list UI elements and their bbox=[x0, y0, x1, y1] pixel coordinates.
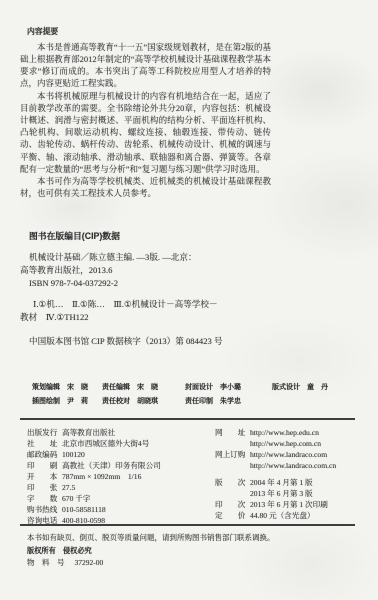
credit-item: 封面设计李小璐 bbox=[185, 381, 272, 395]
pub-row: 开 本787mm × 1092mm 1/16 bbox=[27, 471, 161, 482]
pub-row-label: 购书热线 bbox=[27, 504, 62, 515]
pub-row-value: http://www.hep.edu.cn bbox=[250, 428, 319, 437]
summary-paragraph-3: 本书可作为高等学校机械类、近机械类的机械设计基础课程教材，也可供有关工程技术人员… bbox=[20, 175, 271, 199]
pub-row: 网上订购http://www.landraco.com bbox=[215, 449, 336, 460]
pub-row-value: 44.80 元（含光盘） bbox=[250, 511, 315, 520]
pub-row-label: 印 次 bbox=[215, 499, 250, 510]
credit-role: 责任校对 bbox=[102, 398, 130, 405]
pub-row-value: 高教社（天津）印务有限公司 bbox=[62, 461, 161, 470]
credits-section: 策划编辑宋 晓 责任编辑宋 晓 封面设计李小璐 版式设计童 丹 插图绘制尹 莉 … bbox=[32, 381, 366, 408]
pub-row-value: 010-58581118 bbox=[62, 505, 106, 514]
cip-heading: 图书在版编目(CIP)数据 bbox=[20, 230, 355, 243]
pub-row: 邮政编码100120 bbox=[27, 449, 161, 460]
quality-notice: 本书如有缺页、倒页、脱页等质量问题，请到所购图书销售部门联系调换。 bbox=[27, 532, 362, 545]
credit-name: 宋 晓 bbox=[137, 384, 158, 391]
copyright-notice: 版权所有 侵权必究 bbox=[27, 545, 362, 558]
credit-role: 封面设计 bbox=[185, 384, 213, 391]
summary-heading: 内容提要 bbox=[20, 26, 271, 38]
pub-row: 网 址http://www.hep.edu.cn bbox=[215, 427, 336, 438]
pub-row: 2013 年 6 月第 3 版 bbox=[215, 488, 336, 499]
cip-classification: Ⅰ.①机… Ⅱ.①陈… Ⅲ.①机械设计－高等学校－ 教材 Ⅳ.①TH122 bbox=[20, 298, 355, 324]
pub-row-value: 100120 bbox=[62, 450, 85, 459]
credit-role: 策划编辑 bbox=[32, 384, 60, 391]
material-number-label: 物 料 号 bbox=[27, 558, 65, 567]
pub-row-value: 2004 年 4 月第 1 版 bbox=[250, 478, 313, 487]
cip-class-line-1: Ⅰ.①机… Ⅱ.①陈… Ⅲ.①机械设计－高等学校－ bbox=[20, 298, 355, 311]
pub-row-label: 社 址 bbox=[27, 438, 62, 449]
credit-name: 宋 晓 bbox=[67, 384, 88, 391]
pub-row: 定 价44.80 元（含光盘） bbox=[215, 510, 336, 521]
pub-row-value: 670 千字 bbox=[62, 494, 90, 503]
credit-name: 李小璐 bbox=[220, 384, 241, 391]
credit-role: 责任印制 bbox=[185, 398, 213, 405]
credit-item: 插图绘制尹 莉 bbox=[32, 395, 102, 409]
pub-row-value: http://www.landraco.com bbox=[250, 450, 327, 459]
credit-name: 尹 莉 bbox=[67, 398, 88, 405]
cip-isbn-line: ISBN 978-7-04-037292-2 bbox=[20, 277, 355, 290]
credit-item: 策划编辑宋 晓 bbox=[32, 381, 102, 395]
pub-row-value: 2013 年 6 月第 1 次印刷 bbox=[250, 500, 328, 509]
footer-section: 本书如有缺页、倒页、脱页等质量问题，请到所购图书销售部门联系调换。 版权所有 侵… bbox=[27, 532, 362, 570]
cip-class-line-2: 教材 Ⅳ.①TH122 bbox=[20, 311, 355, 324]
pub-row: http://www.hep.com.cn bbox=[215, 438, 336, 449]
publication-left-column: 出版发行高等教育出版社 社 址北京市西城区德外大街4号 邮政编码100120 印… bbox=[27, 427, 161, 526]
cip-section: 图书在版编目(CIP)数据 机械设计基础／陈立德主编. —3版. —北京： 高等… bbox=[20, 230, 355, 348]
pub-row-value: 2013 年 6 月第 3 版 bbox=[250, 489, 313, 498]
pub-row: 印 张27.5 bbox=[27, 482, 161, 493]
pub-row-label: 字 数 bbox=[27, 493, 62, 504]
credit-item: 责任编辑宋 晓 bbox=[102, 381, 185, 395]
pub-row: 印 次2013 年 6 月第 1 次印刷 bbox=[215, 499, 336, 510]
summary-paragraph-1: 本书是普通高等教育“十一五”国家级规划教材，是在第2版的基础上根据教育部2012… bbox=[20, 41, 271, 90]
pub-row-label: 版 次 bbox=[215, 477, 250, 488]
pub-row-label: 网上订购 bbox=[215, 449, 250, 460]
pub-row-value: 27.5 bbox=[62, 483, 75, 492]
cip-publisher-line: 高等教育出版社，2013.6 bbox=[20, 264, 355, 277]
pub-row: 出版发行高等教育出版社 bbox=[27, 427, 161, 438]
pub-row-label: 邮政编码 bbox=[27, 449, 62, 460]
pub-row: 购书热线010-58581118 bbox=[27, 504, 161, 515]
credits-row-1: 策划编辑宋 晓 责任编辑宋 晓 封面设计李小璐 版式设计童 丹 bbox=[32, 381, 366, 395]
credit-name: 朱学忠 bbox=[220, 398, 241, 405]
cip-title-line: 机械设计基础／陈立德主编. —3版. —北京： bbox=[20, 251, 355, 264]
credit-name: 童 丹 bbox=[307, 384, 328, 391]
content-summary-section: 内容提要 本书是普通高等教育“十一五”国家级规划教材，是在第2版的基础上根据教育… bbox=[20, 26, 271, 199]
pub-row-label: 开 本 bbox=[27, 471, 62, 482]
pub-row-value: 北京市西城区德外大街4号 bbox=[62, 439, 149, 448]
pub-row-label: 印 刷 bbox=[27, 460, 62, 471]
cip-book-entry: 机械设计基础／陈立德主编. —3版. —北京： 高等教育出版社，2013.6 I… bbox=[20, 251, 355, 290]
divider-bottom bbox=[20, 524, 355, 526]
summary-paragraph-2: 本书将机械原理与机械设计的内容有机地结合在一起，适应了目前教学改革的需要。全书除… bbox=[20, 90, 271, 175]
pub-row: http://www.landraco.com.cn bbox=[215, 460, 336, 471]
pub-row: 印 刷高教社（天津）印务有限公司 bbox=[27, 460, 161, 471]
material-number-line: 物 料 号37292-00 bbox=[27, 557, 362, 570]
pub-row-value: 高等教育出版社 bbox=[62, 428, 115, 437]
credit-name: 胡晓琪 bbox=[137, 398, 158, 405]
pub-row: 版 次2004 年 4 月第 1 版 bbox=[215, 477, 336, 488]
pub-row-label: 出版发行 bbox=[27, 427, 62, 438]
credit-item: 责任印制朱学忠 bbox=[185, 395, 272, 409]
pub-row-value: http://www.hep.com.cn bbox=[250, 439, 321, 448]
pub-row-value: http://www.landraco.com.cn bbox=[250, 461, 336, 470]
pub-row: 社 址北京市西城区德外大街4号 bbox=[27, 438, 161, 449]
pub-row-value: 787mm × 1092mm 1/16 bbox=[62, 472, 141, 481]
divider-top bbox=[20, 418, 355, 420]
credit-role: 版式设计 bbox=[272, 384, 300, 391]
credits-row-2: 插图绘制尹 莉 责任校对胡晓琪 责任印制朱学忠 bbox=[32, 395, 366, 409]
material-number-value: 37292-00 bbox=[75, 558, 104, 567]
book-copyright-page: 内容提要 本书是普通高等教育“十一五”国家级规划教材，是在第2版的基础上根据教育… bbox=[0, 0, 378, 600]
pub-row-label: 定 价 bbox=[215, 510, 250, 521]
publication-right-column: 网 址http://www.hep.edu.cn http://www.hep.… bbox=[215, 427, 336, 521]
pub-row-label: 网 址 bbox=[215, 427, 250, 438]
credit-role: 插图绘制 bbox=[32, 398, 60, 405]
pub-row-label: 印 张 bbox=[27, 482, 62, 493]
cip-registry-line: 中国版本图书馆 CIP 数据核字（2013）第 084423 号 bbox=[20, 335, 355, 348]
pub-row: 字 数670 千字 bbox=[27, 493, 161, 504]
credit-item: 责任校对胡晓琪 bbox=[102, 395, 185, 409]
credit-role: 责任编辑 bbox=[102, 384, 130, 391]
credit-item: 版式设计童 丹 bbox=[272, 381, 328, 395]
